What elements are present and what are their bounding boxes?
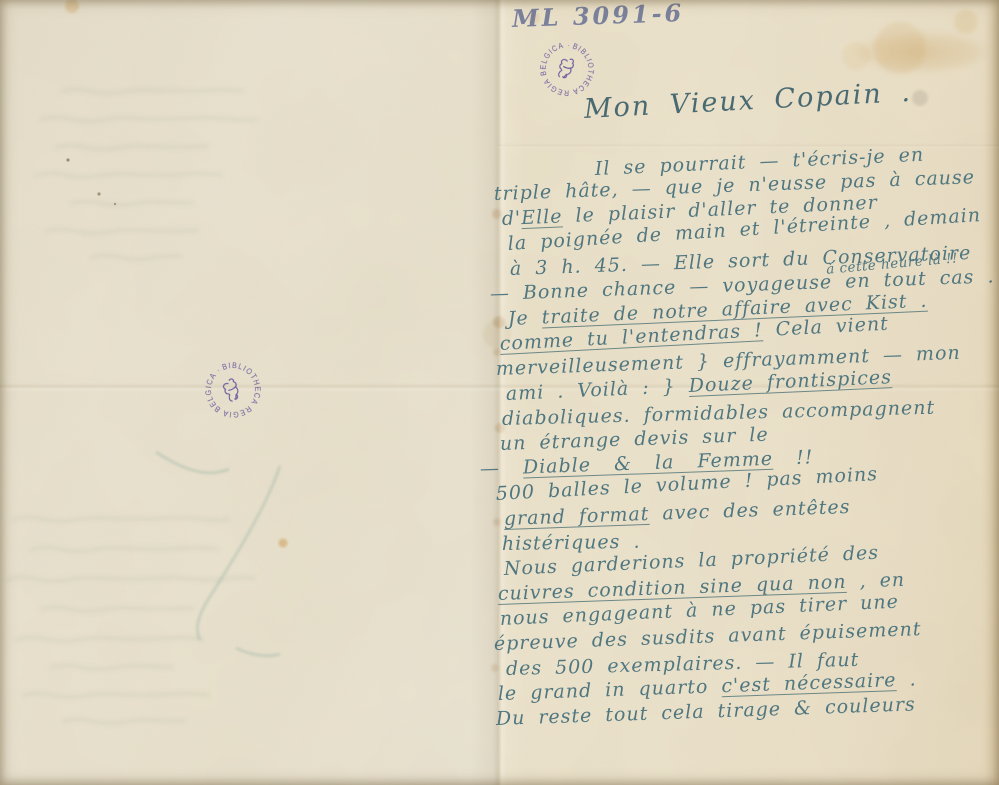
- ink-offset-marks: [156, 452, 280, 656]
- text: .: [896, 668, 917, 691]
- stamp-lion-emblem-icon: [557, 57, 574, 79]
- stamp-lion-emblem-icon: [221, 378, 242, 402]
- letter-scan: BIBLIOTHECA REGIA BELGICA · BIBLIOTHECA …: [0, 0, 999, 785]
- text: avec des entêtes: [649, 496, 851, 525]
- text: d': [501, 207, 521, 230]
- text: Je: [507, 307, 542, 330]
- underlined-text: grand format: [504, 503, 650, 530]
- letter-lines: Il se pourrait — t'écris-je entriple hât…: [500, 157, 998, 732]
- underlined-text: Elle: [521, 205, 563, 229]
- text: —: [480, 457, 524, 480]
- text: Cela vient: [762, 313, 889, 342]
